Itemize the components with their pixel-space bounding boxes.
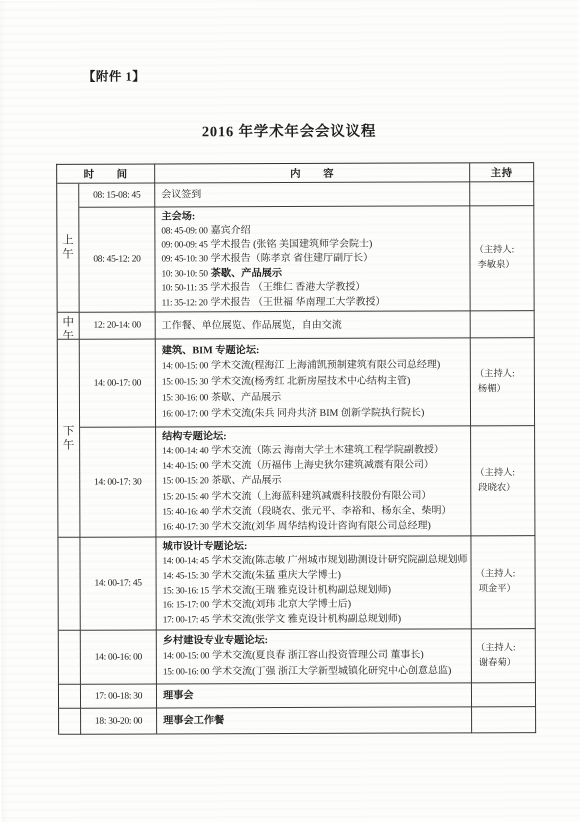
line-time: 09: 00-09: 45: [161, 240, 207, 250]
line-time: 15: 40-16: 40: [162, 507, 208, 517]
content-line: 15: 00-15: 30学术交流(杨秀红 北新房屋技术中心结构主管): [162, 373, 467, 390]
section-title-text: 理事会工作餐: [163, 715, 224, 726]
period-cell: [59, 709, 81, 735]
line-text: 学术交流（陈云 海南大学土木建筑工程学院副教授）: [211, 445, 444, 457]
content-line: 15: 30-16: 00茶歇、产品展示: [162, 389, 467, 406]
page-title: 2016 年学术年会会议议程: [0, 119, 579, 142]
line-text: 工作餐、单位展览、作品展览，自由交流: [162, 319, 342, 331]
host-line: （主持人:: [476, 567, 535, 582]
time-cell: 08: 45-12: 20: [79, 207, 155, 312]
line-text: 学术交流（上海蓝科建筑减震科技股份有限公司）: [211, 490, 431, 502]
content-cell: 结构专题论坛:14: 00-14: 40学术交流（陈云 海南大学土木建筑工程学院…: [156, 426, 471, 537]
line-text: 学术交流(程海江 上海浦凯预制建筑有限公司总经理): [211, 359, 440, 371]
content-line: 会议签到: [161, 186, 466, 202]
content-line: 10: 50-11: 35学术报告 （王维仁 香港大学教授）: [162, 280, 467, 295]
line-time: 17: 00-17: 45: [163, 615, 209, 625]
line-time: 15: 20-15: 40: [162, 492, 208, 502]
line-text: 学术交流(杨秀红 北新房屋技术中心结构主管): [211, 376, 410, 388]
line-time: 15: 00-16: 00: [163, 667, 209, 677]
content-cell: 城市设计专题论坛:14: 00-14: 45学术交流(陈志敏 广州城市规划勘测设…: [156, 536, 471, 630]
host-cell: [472, 683, 536, 707]
content-line: 09: 45-10: 30学术报告（陈孝京 省住建厅副厅长）: [161, 251, 466, 266]
section-title-text: 建筑、BIM 专题论坛:: [162, 345, 260, 356]
time-cell: 08: 15-08: 45: [79, 183, 155, 207]
line-text: 学术报告 （王世福 华南理工大学教授）: [210, 296, 385, 308]
content-line: 16: 15-17: 00学术交流(刘玮 北京大学博士后): [163, 597, 468, 613]
host-line: 项金平）: [476, 582, 535, 597]
content-line: 11: 35-12: 20学术报告 （王世福 华南理工大学教授）: [162, 294, 467, 309]
host-cell: （主持人:段晓农）: [471, 426, 535, 536]
agenda-table: 时 间内 容主持上午中午下午08: 15-08: 45会议签到08: 45-12…: [56, 162, 536, 735]
section-title-text: 主会场:: [161, 211, 195, 222]
line-text: 学术交流(刘玮 北京大学博士后): [212, 599, 351, 610]
line-text: 茶歇、产品展示: [211, 392, 281, 403]
line-text: 学术报告 (张铭 美国建筑师学会院士): [211, 239, 373, 251]
host-cell: [471, 311, 535, 338]
period-cell: 上午: [57, 184, 79, 313]
line-time: 09: 45-10: 30: [161, 255, 207, 265]
host-cell: [470, 182, 534, 206]
period-cell: [58, 538, 80, 631]
time-cell: 18: 30-20: 00: [81, 708, 157, 734]
content-line: 15: 00-16: 00学术交流(丁强 浙江大学新型城镇化研究中心创意总监): [163, 663, 468, 680]
document-page: 【附件 1】 2016 年学术年会会议议程 时 间内 容主持上午中午下午08: …: [0, 0, 580, 822]
line-time: 14: 00-15: 00: [162, 361, 208, 371]
content-line: 14: 00-15: 00学术交流(程海江 上海浦凯预制建筑有限公司总经理): [162, 357, 467, 374]
period-cell: 下午: [58, 340, 81, 538]
time-cell: 14: 00-16: 00: [81, 630, 157, 684]
content-line: 14: 45-15: 30学术交流(朱猛 重庆大学博士): [163, 567, 468, 583]
line-time: 10: 50-11: 35: [162, 283, 208, 293]
content-line: 主会场:: [161, 208, 466, 223]
section-title-text: 理事会: [163, 690, 194, 701]
line-text: 学术交流(陈志敏 广州城市规划勘测设计研究院副总规划师 ): [212, 554, 468, 566]
host-line: 段晓农）: [475, 481, 534, 496]
content-line: 结构专题论坛:: [162, 428, 467, 443]
content-line: 14: 40-15: 00学术交流（历福伟 上海史狄尔建筑减震有限公司）: [162, 458, 467, 474]
period-cell: [59, 685, 81, 709]
line-time: 15: 30-16: 15: [163, 586, 209, 596]
line-time: 10: 30-10: 50: [162, 269, 208, 279]
host-line: 杨楣）: [475, 382, 534, 397]
host-line: （主持人:: [476, 641, 535, 656]
content-line: 09: 00-09: 45学术报告 (张铭 美国建筑师学会院士): [161, 236, 466, 251]
time-cell: 14: 00-17: 45: [80, 537, 156, 630]
host-cell: [472, 707, 536, 733]
content-line: 工作餐、单位展览、作品展览，自由交流: [162, 317, 467, 333]
line-text: 学术交流(张学文 雅克设计机构副总规划师): [212, 614, 401, 626]
content-line: 理事会工作餐: [163, 712, 468, 728]
line-time: 14: 45-15: 30: [163, 571, 209, 581]
content-cell: 理事会: [157, 683, 472, 708]
line-time: 15: 00-15: 20: [162, 477, 208, 487]
attachment-label: 【附件 1】: [83, 67, 145, 85]
content-line: 乡村建设专业专题论坛:: [163, 632, 468, 648]
content-line: 10: 30-10: 50茶歇、产品展示: [161, 265, 466, 280]
content-line: 14: 00-14: 45学术交流(陈志敏 广州城市规划勘测设计研究院副总规划师…: [162, 552, 467, 568]
content-cell: 乡村建设专业专题论坛:14: 00-15: 00学术交流(夏良春 浙江容山投资管…: [157, 629, 472, 684]
content-line: 17: 00-17: 45学术交流(张学文 雅克设计机构副总规划师): [163, 612, 468, 628]
content-line: 14: 00-14: 40学术交流（陈云 海南大学土木建筑工程学院副教授）: [162, 443, 467, 459]
line-text: 学术交流（段晓农、张元平、李裕和、杨东全、柴明）: [212, 505, 452, 517]
line-text: 学术交流(朱猛 重庆大学博士): [212, 570, 341, 581]
content-line: 16: 40-17: 30学术交流(刘华 周华结构设计咨询有限公司总经理): [162, 518, 467, 534]
content-line: 08: 45-09: 00嘉宾介绍: [161, 222, 466, 237]
period-cell: 中午: [58, 313, 80, 340]
host-line: （主持人:: [475, 466, 534, 481]
content-cell: 建筑、BIM 专题论坛:14: 00-15: 00学术交流(程海江 上海浦凯预制…: [156, 338, 471, 427]
time-cell: 17: 00-18: 30: [81, 684, 157, 708]
line-time: 14: 40-15: 00: [162, 462, 208, 472]
line-text: 学术报告（陈孝京 省住建厅副厅长）: [211, 253, 374, 265]
host-line: （主持人:: [474, 243, 533, 258]
line-time: 11: 35-12: 20: [162, 298, 208, 308]
content-line: 15: 20-15: 40学术交流（上海蓝科建筑减震科技股份有限公司）: [162, 488, 467, 504]
line-time: 15: 00-15: 30: [162, 377, 208, 387]
content-line: 15: 40-16: 40学术交流（段晓农、张元平、李裕和、杨东全、柴明）: [162, 503, 467, 519]
host-cell: （主持人:项金平）: [471, 536, 535, 629]
host-cell: （主持人:谢春菊）: [472, 629, 536, 683]
content-line: 15: 30-16: 15学术交流(王瑞 雅克设计机构副总规划师): [163, 582, 468, 598]
line-time: 14: 00-14: 45: [163, 556, 209, 566]
host-line: 谢春菊）: [476, 656, 535, 671]
header-host-cell: 主持: [470, 163, 534, 182]
content-cell: 主会场:08: 45-09: 00嘉宾介绍09: 00-09: 45学术报告 (…: [155, 206, 470, 312]
content-line: 理事会: [163, 687, 468, 703]
content-line: 16: 00-17: 00学术交流(朱兵 同舟共济 BIM 创新学院执行院长): [162, 405, 467, 422]
line-text: 学术交流(刘华 周华结构设计咨询有限公司总经理): [212, 520, 431, 532]
host-cell: （主持人:李敏泉）: [470, 206, 534, 311]
line-time: 14: 00-14: 40: [162, 446, 208, 456]
line-text: 学术交流(丁强 浙江大学新型城镇化研究中心创意总监): [212, 665, 451, 677]
content-line: 建筑、BIM 专题论坛:: [162, 342, 467, 358]
line-text: 嘉宾介绍: [211, 225, 251, 236]
line-time: 16: 40-17: 30: [162, 522, 208, 532]
section-title-text: 乡村建设专业专题论坛:: [163, 635, 268, 646]
host-line: 李敏泉）: [474, 258, 533, 273]
line-text: 学术交流（历福伟 上海史狄尔建筑减震有限公司）: [211, 460, 434, 472]
content-line: 14: 00-15: 00学术交流(夏良春 浙江容山投资管理公司 董事长): [163, 647, 468, 664]
line-text: 会议签到: [161, 189, 201, 200]
line-text: 茶歇、产品展示: [211, 475, 281, 486]
time-cell: 14: 00-17: 30: [80, 427, 156, 537]
content-cell: 理事会工作餐: [157, 707, 472, 734]
line-time: 16: 15-17: 00: [163, 601, 209, 611]
header-content-cell: 内 容: [155, 163, 470, 183]
host-cell: （主持人:杨楣）: [471, 338, 535, 426]
section-title-text: 结构专题论坛:: [162, 431, 227, 442]
section-title-text: 茶歇、产品展示: [211, 268, 282, 279]
content-line: 城市设计专题论坛:: [162, 538, 467, 553]
line-time: 15: 30-16: 00: [162, 393, 208, 403]
time-cell: 12: 20-14: 00: [80, 312, 156, 339]
content-cell: 工作餐、单位展览、作品展览，自由交流: [156, 311, 471, 339]
section-title-text: 城市设计专题论坛:: [162, 541, 247, 552]
host-line: （主持人:: [475, 367, 534, 382]
line-time: 08: 45-09: 00: [161, 226, 207, 236]
line-text: 学术报告 （王维仁 香港大学教授）: [210, 282, 365, 294]
line-text: 学术交流(王瑞 雅克设计机构副总规划师): [212, 584, 391, 596]
line-time: 16: 00-17: 00: [162, 409, 208, 419]
time-cell: 14: 00-17: 00: [80, 339, 156, 427]
content-cell: 会议签到: [155, 182, 470, 207]
header-time-cell: 时 间: [57, 164, 155, 183]
line-text: 学术交流(夏良春 浙江容山投资管理公司 董事长): [212, 650, 424, 662]
line-time: 14: 00-15: 00: [163, 651, 209, 661]
content-line: 15: 00-15: 20茶歇、产品展示: [162, 473, 467, 489]
period-cell: [59, 631, 81, 685]
line-text: 学术交流(朱兵 同舟共济 BIM 创新学院执行院长): [211, 408, 424, 420]
